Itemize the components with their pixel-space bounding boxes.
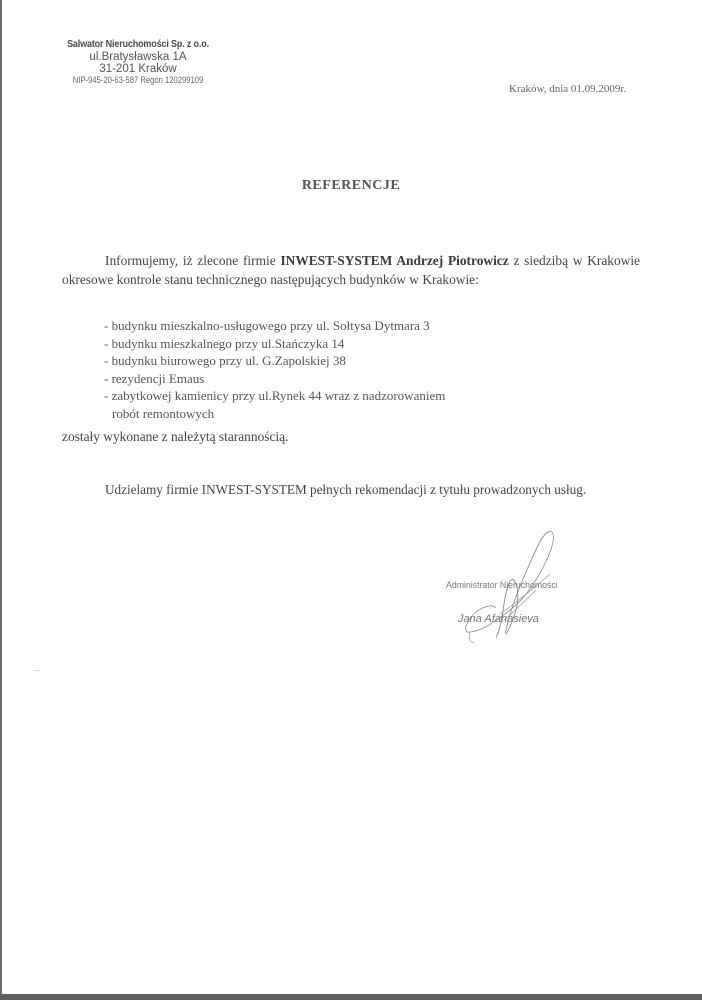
scan-edge-bottom	[0, 994, 702, 1000]
document-title: REFERENCJE	[0, 178, 702, 194]
list-item: - budynku mieszkalnego przy ul.Stańczyka…	[104, 335, 524, 353]
buildings-list: - budynku mieszkalno-usługowego przy ul.…	[104, 317, 524, 423]
list-item: - budynku mieszkalno-usługowego przy ul.…	[104, 317, 524, 335]
intro-paragraph: Informujemy, iż zlecone firmie INWEST-SY…	[62, 251, 640, 289]
date-line: Kraków, dnia 01.09.2009r.	[509, 83, 626, 95]
signature-block: Administrator Nieruchomości Jana Afanasi…	[440, 520, 600, 650]
letterhead-street: ul.Bratysławska 1A	[48, 51, 228, 63]
list-item: - budynku biurowego przy ul. G.Zapolskie…	[104, 352, 524, 370]
letterhead-city: 31-201 Kraków	[48, 63, 228, 75]
scan-speck	[34, 670, 40, 671]
signatory-role: Administrator Nieruchomości	[446, 580, 558, 591]
letterhead-company: Salwator Nieruchomości Sp. z o.o.	[61, 38, 216, 50]
closing-statement: zostały wykonane z należytą starannością…	[62, 429, 288, 445]
signatory-name: Jana Afanasieva	[458, 613, 539, 625]
company-name-bold: INWEST-SYSTEM Andrzej Piotrowicz	[280, 253, 508, 268]
list-item: - zabytkowej kamienicy przy ul.Rynek 44 …	[104, 387, 524, 405]
letterhead: Salwator Nieruchomości Sp. z o.o. ul.Bra…	[48, 38, 228, 85]
scan-edge-left	[0, 0, 2, 1000]
list-item-continuation: robót remontowych	[104, 405, 524, 423]
letterhead-tax-ids: NIP-945-20-63-587 Regon 120299109	[62, 75, 215, 85]
list-item: - rezydencji Emaus	[104, 370, 524, 388]
intro-text-start: Informujemy, iż zlecone firmie	[105, 253, 280, 268]
recommendation-statement: Udzielamy firmie INWEST-SYSTEM pełnych r…	[105, 482, 586, 498]
